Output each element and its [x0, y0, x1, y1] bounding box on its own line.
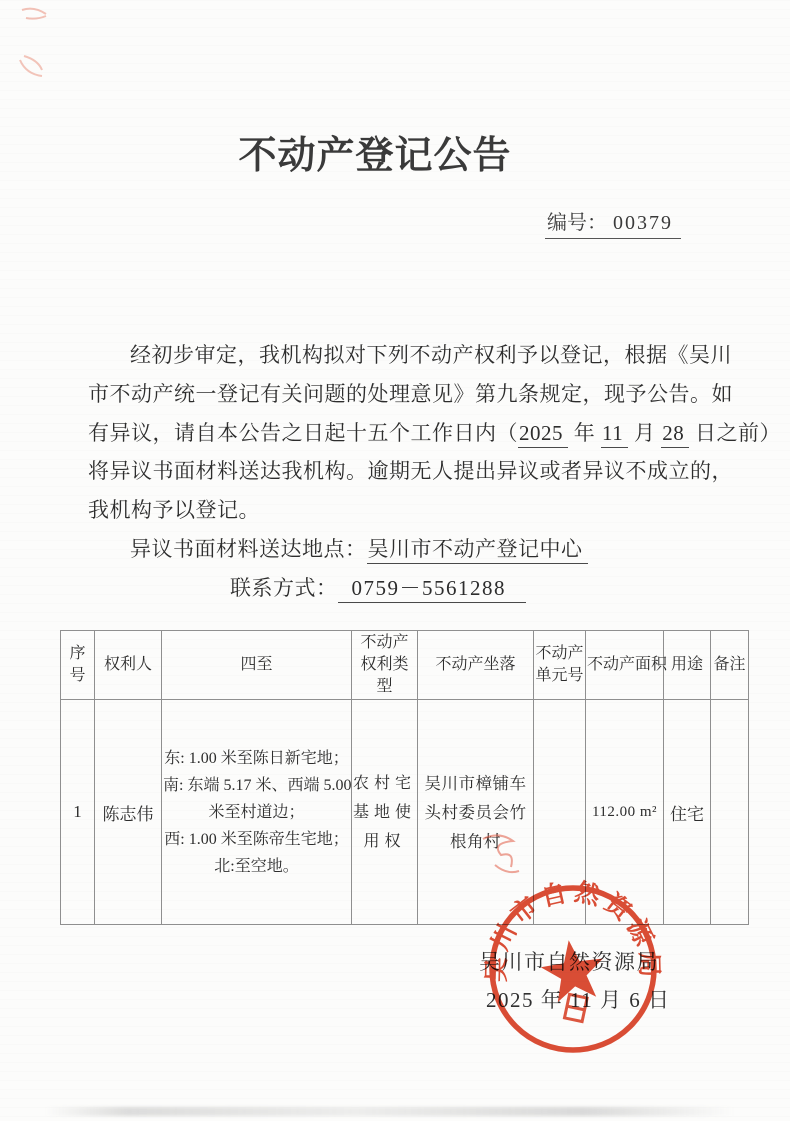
delivery-label: 异议书面材料送达地点： [130, 537, 367, 561]
deadline-day: 28 [661, 421, 689, 448]
col-header-usage: 用途 [664, 631, 711, 700]
cell-remark [711, 700, 749, 925]
col-header-remark: 备注 [711, 631, 749, 700]
boundary-south-cont: 米至村道边； [163, 799, 350, 826]
deadline-month: 11 [601, 421, 628, 448]
page-title: 不动产登记公告 [0, 124, 750, 179]
cell-owner: 陈志伟 [95, 700, 162, 925]
scanned-notice-page: 不动产登记公告 编号：00379 经初步审定，我机构拟对下列不动产权利予以登记，… [0, 0, 790, 1121]
deadline-month-unit: 月 [628, 421, 661, 445]
cell-boundaries: 东: 1.00 米至陈日新宅地； 南: 东端 5.17 米、西端 5.00 米至… [162, 700, 352, 925]
col-header-area: 不动产面积 [586, 631, 664, 700]
deadline-year: 2025 [518, 421, 568, 448]
official-seal: 吴川市自然资源局 [483, 879, 663, 1059]
delivery-address: 吴川市不动产登记中心 [367, 537, 588, 564]
doc-number-value: 00379 [607, 212, 673, 234]
contact-line: 联系方式：0759－5561288 [88, 569, 718, 608]
deadline-year-unit: 年 [568, 421, 601, 445]
contact-phone: 0759－5561288 [338, 576, 527, 603]
boundary-east: 东: 1.00 米至陈日新宅地； [163, 745, 350, 772]
deadline-post: 日之前） [689, 421, 781, 445]
cell-right-type: 农村宅基地使用权 [352, 700, 418, 925]
col-header-boundaries: 四至 [162, 631, 352, 700]
table-header-row: 序号 权利人 四至 不动产权利类型 不动产坐落 不动产单元号 不动产面积 用途 … [61, 631, 749, 700]
notice-line-3: 有异议，请自本公告之日起十五个工作日内（2025 年 11 月 28 日之前） [88, 414, 718, 453]
notice-line-5: 我机构予以登记。 [88, 491, 718, 530]
col-header-seq: 序号 [61, 631, 95, 700]
col-header-location: 不动产坐落 [418, 631, 534, 700]
doc-number-label: 编号： [547, 212, 607, 234]
col-header-owner: 权利人 [95, 631, 162, 700]
notice-body: 经初步审定，我机构拟对下列不动产权利予以登记，根据《吴川 市不动产统一登记有关问… [88, 336, 718, 608]
notice-line-4: 将异议书面材料送达我机构。逾期无人提出异议或者异议不成立的， [88, 452, 718, 491]
delivery-line: 异议书面材料送达地点：吴川市不动产登记中心 [88, 530, 718, 569]
scan-artifact-bottom-smudge [45, 1107, 735, 1116]
col-header-right-type: 不动产权利类型 [352, 631, 418, 700]
boundary-north: 北:至空地。 [163, 853, 350, 880]
boundary-south: 南: 东端 5.17 米、西端 5.00 [163, 772, 350, 799]
contact-label: 联系方式： [230, 576, 338, 600]
notice-line-2: 市不动产统一登记有关问题的处理意见》第九条规定，现予公告。如 [88, 375, 718, 414]
scan-artifact-top-left [12, 2, 62, 92]
seal-bottom-glyph [564, 994, 587, 1021]
cell-usage: 住宅 [664, 700, 711, 925]
boundary-west: 西: 1.00 米至陈帝生宅地； [163, 826, 350, 853]
deadline-pre: 有异议，请自本公告之日起十五个工作日内（ [88, 421, 518, 445]
doc-number: 编号：00379 [545, 206, 681, 239]
col-header-unit-no: 不动产单元号 [534, 631, 586, 700]
notice-line-1: 经初步审定，我机构拟对下列不动产权利予以登记，根据《吴川 [88, 336, 718, 375]
cell-seq: 1 [61, 700, 95, 925]
